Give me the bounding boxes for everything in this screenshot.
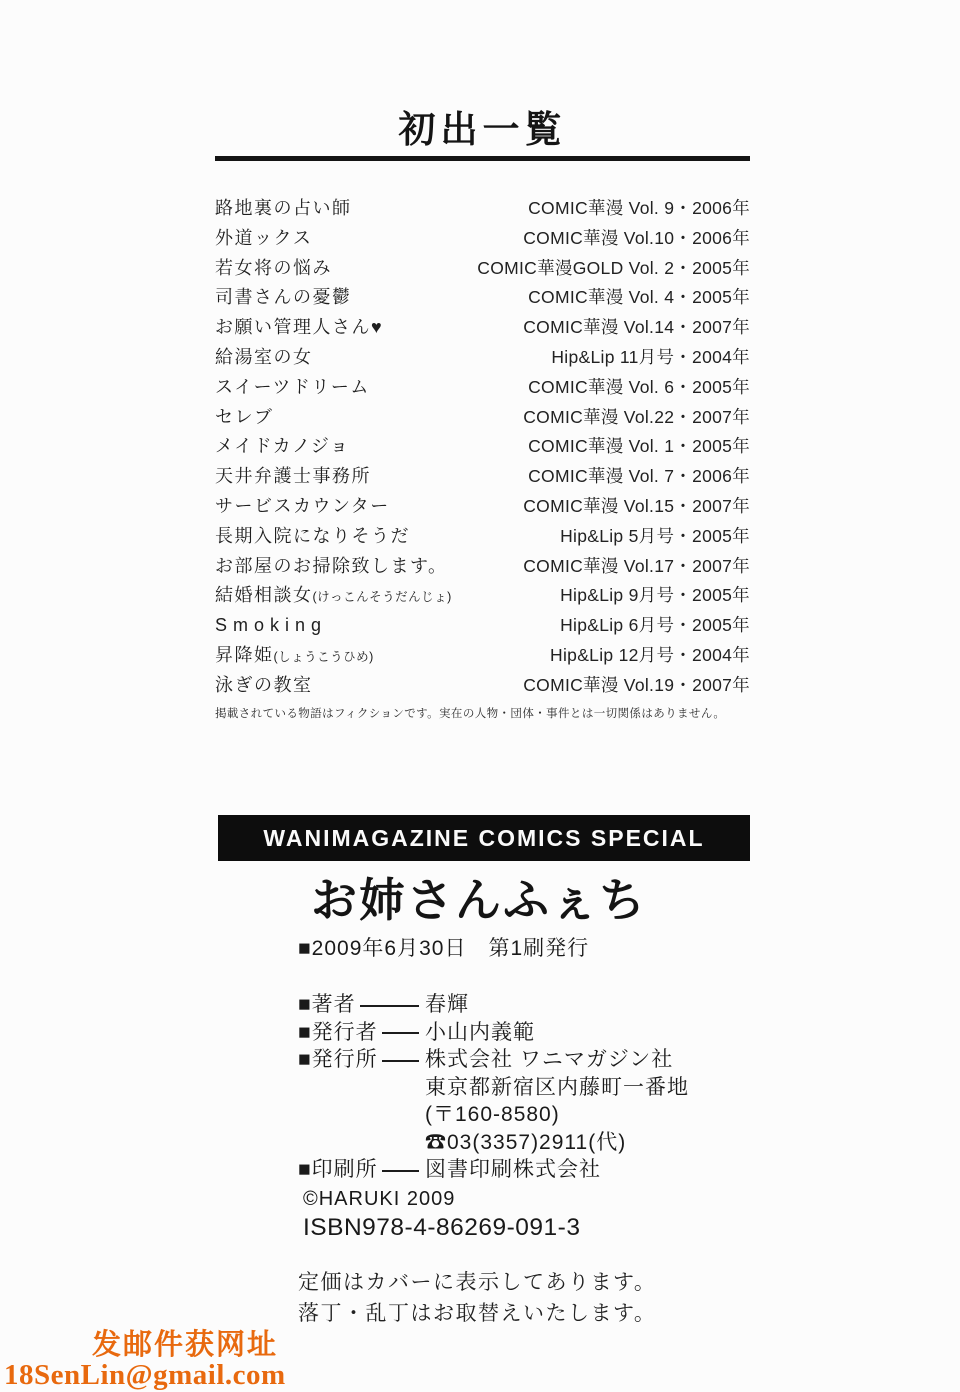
- publication-row: サービスカウンターCOMIC華漫 Vol.15・2007年: [215, 492, 750, 522]
- story-title: 外道ックス: [215, 224, 312, 254]
- publication-row: セレブCOMIC華漫 Vol.22・2007年: [215, 403, 750, 433]
- label-value-connector: [382, 1032, 419, 1034]
- phone-line: ☎03(3357)2911(代): [298, 1129, 750, 1157]
- source-label: COMIC華漫 Vol. 4・2005年: [528, 283, 750, 313]
- detail-label-text: ■著者: [298, 991, 356, 1019]
- source-label: Hip&Lip 5月号・2005年: [560, 522, 750, 552]
- publication-row: スイーツドリームCOMIC華漫 Vol. 6・2005年: [215, 373, 750, 403]
- publication-row: 結婚相談女(けっこんそうだんじょ)Hip&Lip 9月号・2005年: [215, 581, 750, 611]
- story-title: 天井弁護士事務所: [215, 462, 371, 492]
- source-label: COMIC華漫GOLD Vol. 2・2005年: [477, 254, 750, 284]
- address-line: (〒160-8580): [298, 1101, 750, 1129]
- print-date: ■2009年6月30日 第1刷発行: [298, 932, 750, 962]
- source-label: COMIC華漫 Vol.22・2007年: [523, 403, 750, 433]
- label-value-connector: [382, 1060, 419, 1062]
- story-title: メイドカノジョ: [215, 432, 350, 462]
- story-title: 長期入院になりそうだ: [215, 522, 410, 552]
- source-label: COMIC華漫 Vol.14・2007年: [523, 313, 750, 343]
- story-title: 司書さんの憂鬱: [215, 283, 352, 313]
- detail-value: 図書印刷株式会社: [425, 1156, 601, 1184]
- first-publication-section: 初出一覧 路地裏の占い師COMIC華漫 Vol. 9・2006年外道ックスCOM…: [215, 100, 750, 721]
- story-title: 結婚相談女(けっこんそうだんじょ): [215, 581, 452, 613]
- price-note: 落丁・乱丁はお取替えいたします。: [298, 1298, 750, 1330]
- watermark: 发邮件获网址 18SenLin@gmail.com: [0, 1331, 286, 1390]
- series-banner: WANIMAGAZINE COMICS SPECIAL: [218, 815, 750, 861]
- story-title: Smoking: [215, 611, 327, 641]
- colophon-section: WANIMAGAZINE COMICS SPECIAL お姉さんふぇち ■200…: [218, 815, 750, 1330]
- story-title: 路地裏の占い師: [215, 194, 352, 224]
- label-value-connector: [382, 1170, 419, 1172]
- publication-row: 泳ぎの教室COMIC華漫 Vol.19・2007年: [215, 671, 750, 701]
- publication-row: 若女将の悩みCOMIC華漫GOLD Vol. 2・2005年: [215, 254, 750, 284]
- section-title: 初出一覧: [215, 108, 750, 152]
- price-notes: 定価はカバーに表示してあります。落丁・乱丁はお取替えいたします。: [298, 1267, 750, 1330]
- detail-value: 株式会社 ワニマガジン社: [425, 1046, 673, 1074]
- detail-label-text: ■発行所: [298, 1046, 378, 1074]
- story-title: 泳ぎの教室: [215, 671, 313, 701]
- publication-row: 司書さんの憂鬱COMIC華漫 Vol. 4・2005年: [215, 283, 750, 313]
- publication-row: SmokingHip&Lip 6月号・2005年: [215, 611, 750, 641]
- detail-row: ■著者春輝: [298, 991, 750, 1019]
- publication-row: 路地裏の占い師COMIC華漫 Vol. 9・2006年: [215, 194, 750, 224]
- title-underline: [215, 156, 750, 161]
- story-title: セレブ: [215, 403, 274, 433]
- watermark-email: 18SenLin@gmail.com: [4, 1361, 286, 1390]
- isbn-number: ISBN978-4-86269-091-3: [303, 1213, 750, 1242]
- detail-label: ■印刷所: [298, 1156, 425, 1184]
- story-title: お願い管理人さん♥: [215, 313, 383, 343]
- publication-row: 給湯室の女Hip&Lip 11月号・2004年: [215, 343, 750, 373]
- copyright-line: ©HARUKI 2009: [303, 1187, 750, 1211]
- source-label: Hip&Lip 9月号・2005年: [560, 581, 750, 611]
- publication-row: 昇降姫(しょうこうひめ)Hip&Lip 12月号・2004年: [215, 641, 750, 671]
- story-title: サービスカウンター: [215, 492, 390, 522]
- publication-row: お願い管理人さん♥COMIC華漫 Vol.14・2007年: [215, 313, 750, 343]
- story-title: 給湯室の女: [215, 343, 313, 373]
- story-title: 昇降姫(しょうこうひめ): [215, 641, 374, 673]
- source-label: Hip&Lip 11月号・2004年: [551, 343, 750, 373]
- source-label: COMIC華漫 Vol.17・2007年: [523, 552, 750, 582]
- detail-value: 春輝: [425, 991, 469, 1019]
- source-label: COMIC華漫 Vol. 1・2005年: [528, 432, 750, 462]
- detail-row: ■発行者小山内義範: [298, 1019, 750, 1047]
- publication-row: お部屋のお掃除致します。COMIC華漫 Vol.17・2007年: [215, 552, 750, 582]
- detail-label: ■発行者: [298, 1019, 425, 1047]
- detail-value: 小山内義範: [425, 1019, 535, 1047]
- story-title-reading: (けっこんそうだんじょ): [313, 590, 452, 604]
- address-line: 東京都新宿区内藤町一番地: [298, 1074, 750, 1102]
- story-title: お部屋のお掃除致します。: [215, 552, 448, 582]
- publication-list: 路地裏の占い師COMIC華漫 Vol. 9・2006年外道ックスCOMIC華漫 …: [215, 194, 750, 701]
- detail-label-text: ■発行者: [298, 1019, 378, 1047]
- publication-row: 長期入院になりそうだHip&Lip 5月号・2005年: [215, 522, 750, 552]
- detail-label-text: ■印刷所: [298, 1156, 378, 1184]
- story-title-reading: (しょうこうひめ): [274, 650, 374, 664]
- book-title: お姉さんふぇち: [311, 874, 750, 926]
- detail-label: ■著者: [298, 991, 425, 1019]
- colophon-details: ■著者春輝■発行者小山内義範■発行所株式会社 ワニマガジン社東京都新宿区内藤町一…: [298, 991, 750, 1184]
- story-title: 若女将の悩み: [215, 254, 332, 284]
- fiction-disclaimer: 掲載されている物語はフィクションです。実在の人物・団体・事件とは一切関係はありま…: [215, 705, 750, 721]
- source-label: COMIC華漫 Vol. 7・2006年: [528, 462, 750, 492]
- detail-row: ■発行所株式会社 ワニマガジン社: [298, 1046, 750, 1074]
- source-label: COMIC華漫 Vol. 6・2005年: [528, 373, 750, 403]
- source-label: COMIC華漫 Vol.15・2007年: [523, 492, 750, 522]
- source-label: Hip&Lip 12月号・2004年: [550, 641, 750, 671]
- source-label: Hip&Lip 6月号・2005年: [560, 611, 750, 641]
- price-note: 定価はカバーに表示してあります。: [298, 1267, 750, 1299]
- publication-row: メイドカノジョCOMIC華漫 Vol. 1・2005年: [215, 432, 750, 462]
- source-label: COMIC華漫 Vol.19・2007年: [523, 671, 750, 701]
- source-label: COMIC華漫 Vol. 9・2006年: [528, 194, 750, 224]
- label-value-connector: [360, 1005, 419, 1007]
- scanned-colophon-page: 初出一覧 路地裏の占い師COMIC華漫 Vol. 9・2006年外道ックスCOM…: [0, 0, 960, 1392]
- source-label: COMIC華漫 Vol.10・2006年: [523, 224, 750, 254]
- watermark-chinese-text: 发邮件获网址: [92, 1331, 286, 1360]
- story-title: スイーツドリーム: [215, 373, 370, 403]
- publication-row: 天井弁護士事務所COMIC華漫 Vol. 7・2006年: [215, 462, 750, 492]
- detail-row: ■印刷所図書印刷株式会社: [298, 1156, 750, 1184]
- detail-label: ■発行所: [298, 1046, 425, 1074]
- publication-row: 外道ックスCOMIC華漫 Vol.10・2006年: [215, 224, 750, 254]
